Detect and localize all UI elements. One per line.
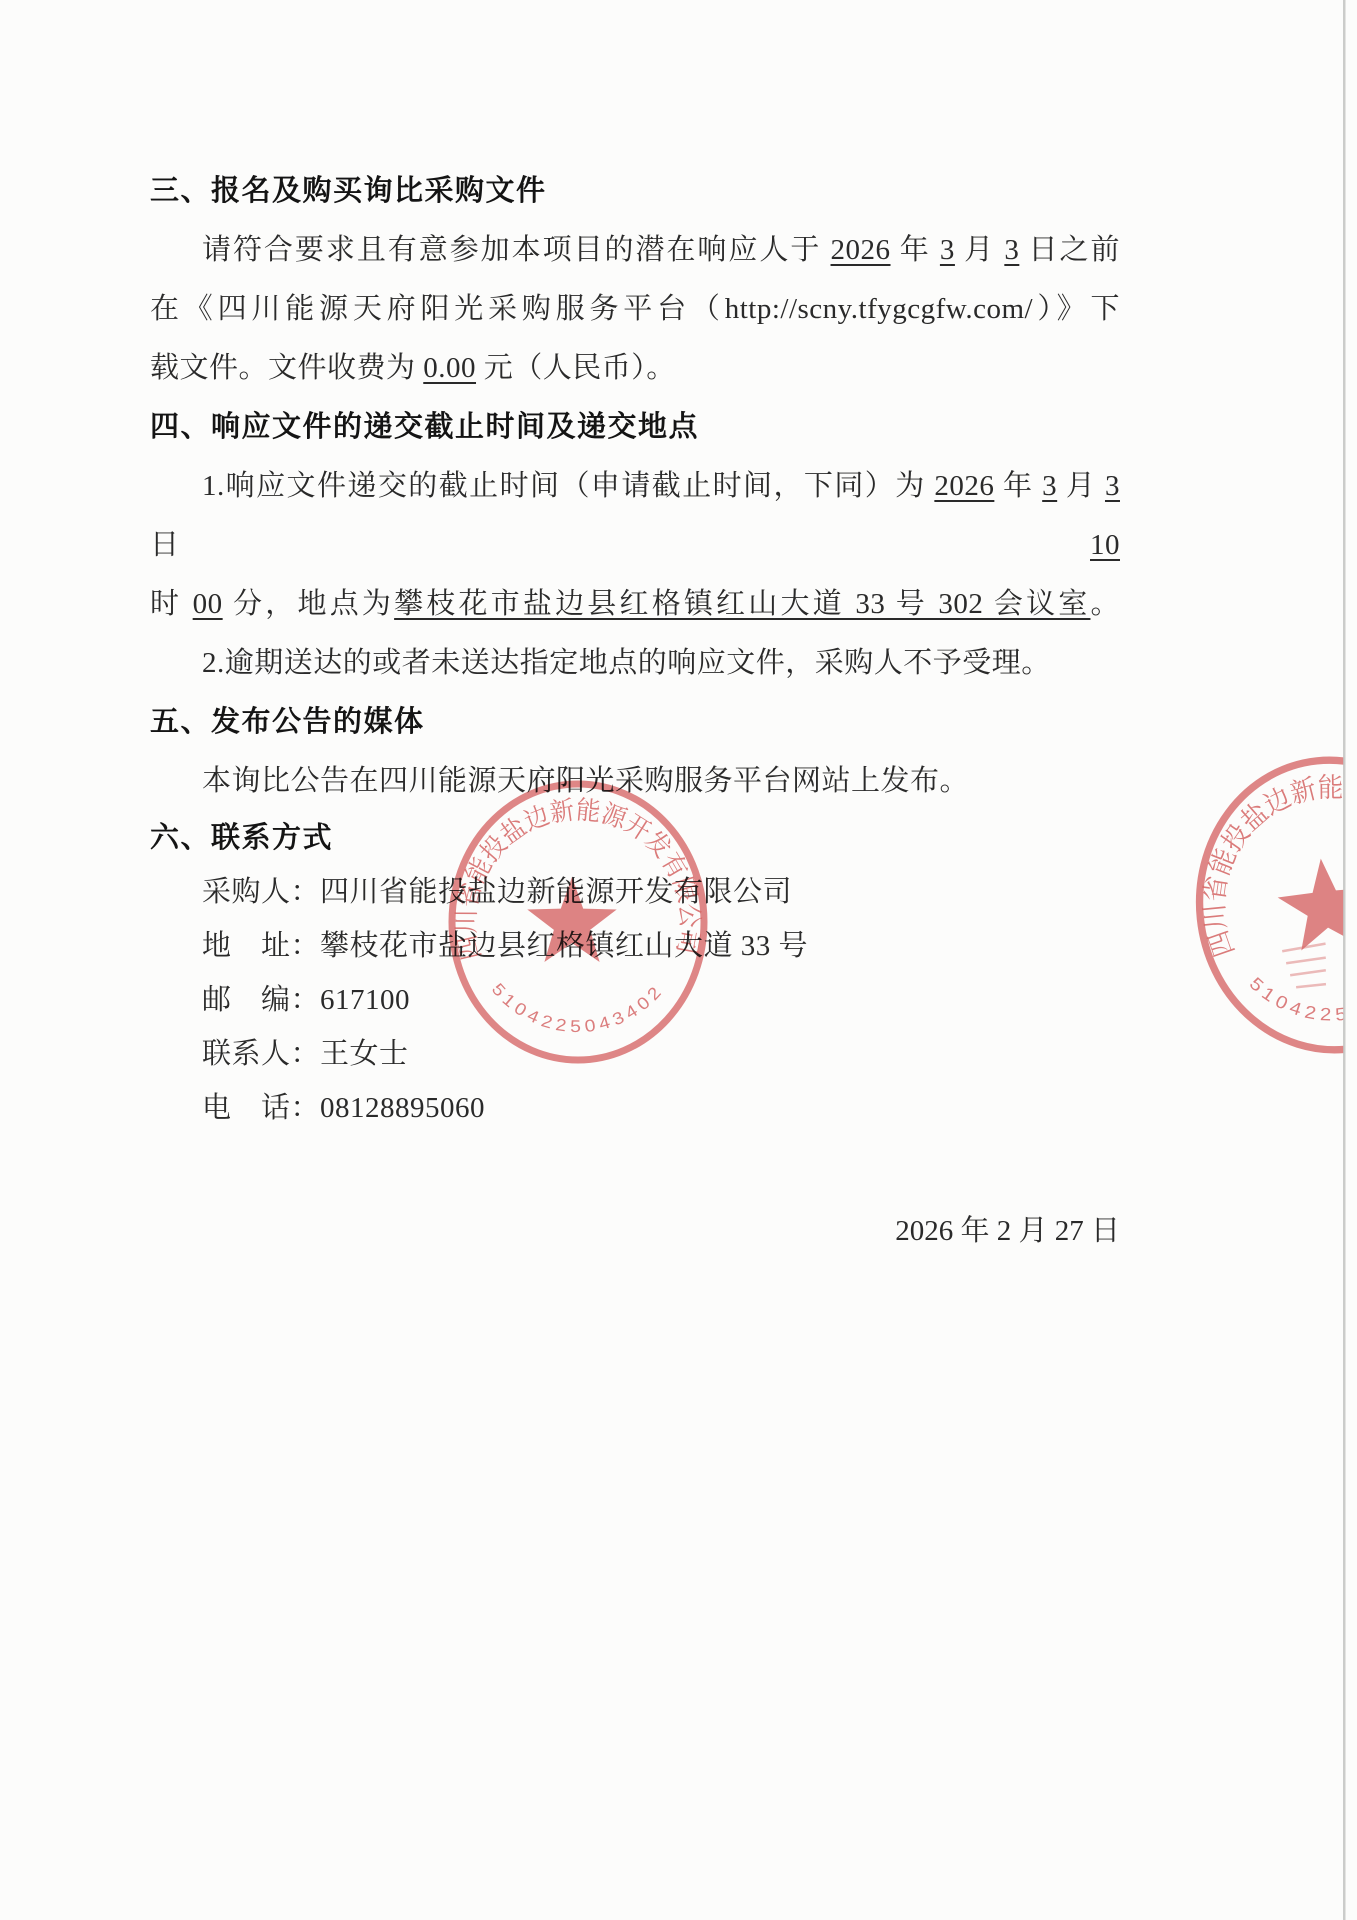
text-run: 本询比公告在四川能源天府阳光采购服务平台网站上发布。 (202, 765, 969, 797)
text-run: 年 (891, 234, 940, 266)
text-run: 三、报名及购买询比采购文件 (150, 175, 547, 207)
document-body: 三、报名及购买询比采购文件请符合要求且有意参加本项目的潜在响应人于 2026 年… (150, 162, 1120, 1135)
doc-line: 联系人：王女士 (150, 1027, 1120, 1081)
doc-line: 时 00 分，地点为攀枝花市盐边县红格镇红山大道 33 号 302 会议室。 (150, 575, 1120, 634)
underlined-text-run: 10 (1090, 529, 1120, 561)
text-run: 年 (994, 470, 1042, 502)
section-heading: 四、响应文件的递交截止时间及递交地点 (150, 398, 1120, 457)
doc-line: 请符合要求且有意参加本项目的潜在响应人于 2026 年 3 月 3 日之前 (150, 221, 1120, 280)
text-run: 联系人：王女士 (202, 1038, 409, 1070)
underlined-text-run: 2026 (831, 234, 891, 266)
scanned-document-page: 三、报名及购买询比采购文件请符合要求且有意参加本项目的潜在响应人于 2026 年… (0, 0, 1357, 1920)
text-run: 月 (1057, 470, 1105, 502)
text-run: 1.响应文件递交的截止时间（申请截止时间，下同）为 (202, 470, 934, 502)
text-run: 日之前 (1019, 234, 1120, 266)
text-run: 载文件。文件收费为 (150, 352, 423, 384)
text-run: 。 (1090, 588, 1120, 620)
underlined-text-run: 3 (940, 234, 955, 266)
section-heading: 六、联系方式 (150, 811, 1120, 865)
text-run: 在《四川能源天府阳光采购服务平台（http://scny.tfygcgfw.co… (150, 293, 1120, 325)
text-run: 分，地点为 (223, 588, 394, 620)
doc-line: 2.逾期送达的或者未送达指定地点的响应文件，采购人不予受理。 (150, 634, 1120, 693)
underlined-text-run: 2026 (934, 470, 994, 502)
doc-line: 在《四川能源天府阳光采购服务平台（http://scny.tfygcgfw.co… (150, 280, 1120, 339)
text-run: 元（人民币）。 (476, 352, 676, 384)
company-seal-right (1184, 747, 1357, 1063)
underlined-text-run: 3 (1042, 470, 1057, 502)
section-heading: 五、发布公告的媒体 (150, 693, 1120, 752)
underlined-text-run: 3 (1004, 234, 1019, 266)
doc-line: 电 话：08128895060 (150, 1081, 1120, 1135)
text-run: 2.逾期送达的或者未送达指定地点的响应文件，采购人不予受理。 (202, 647, 1051, 679)
doc-line: 本询比公告在四川能源天府阳光采购服务平台网站上发布。 (150, 752, 1120, 811)
doc-line: 载文件。文件收费为 0.00 元（人民币）。 (150, 339, 1120, 398)
text-run: 日 (150, 529, 1090, 561)
doc-line: 采购人：四川省能投盐边新能源开发有限公司 (150, 865, 1120, 919)
scan-edge-line (1343, 0, 1346, 1920)
text-run: 五、发布公告的媒体 (150, 706, 425, 738)
text-run: 电 话：08128895060 (202, 1092, 485, 1124)
text-run: 地 址：攀枝花市盐边县红格镇红山大道 33 号 (202, 930, 808, 962)
doc-line: 邮 编：617100 (150, 973, 1120, 1027)
doc-line: 1.响应文件递交的截止时间（申请截止时间，下同）为 2026 年 3 月 3 日… (150, 457, 1120, 575)
underlined-text-run: 0.00 (423, 352, 476, 384)
text-run: 请符合要求且有意参加本项目的潜在响应人于 (202, 234, 831, 266)
text-run: 时 (150, 588, 193, 620)
seal-fine-print-marks (1282, 942, 1326, 988)
underlined-text-run: 00 (193, 588, 223, 620)
text-run: 采购人：四川省能投盐边新能源开发有限公司 (202, 876, 792, 908)
underlined-text-run: 攀枝花市盐边县红格镇红山大道 33 号 302 会议室 (394, 588, 1090, 620)
date-line: 2026 年 2 月 27 日 (150, 1204, 1120, 1258)
doc-line: 地 址：攀枝花市盐边县红格镇红山大道 33 号 (150, 919, 1120, 973)
text-run: 六、联系方式 (150, 822, 333, 854)
section-heading: 三、报名及购买询比采购文件 (150, 162, 1120, 221)
underlined-text-run: 3 (1105, 470, 1120, 502)
text-run: 四、响应文件的递交截止时间及递交地点 (150, 411, 699, 443)
text-run: 邮 编：617100 (202, 984, 410, 1016)
text-run: 月 (955, 234, 1004, 266)
